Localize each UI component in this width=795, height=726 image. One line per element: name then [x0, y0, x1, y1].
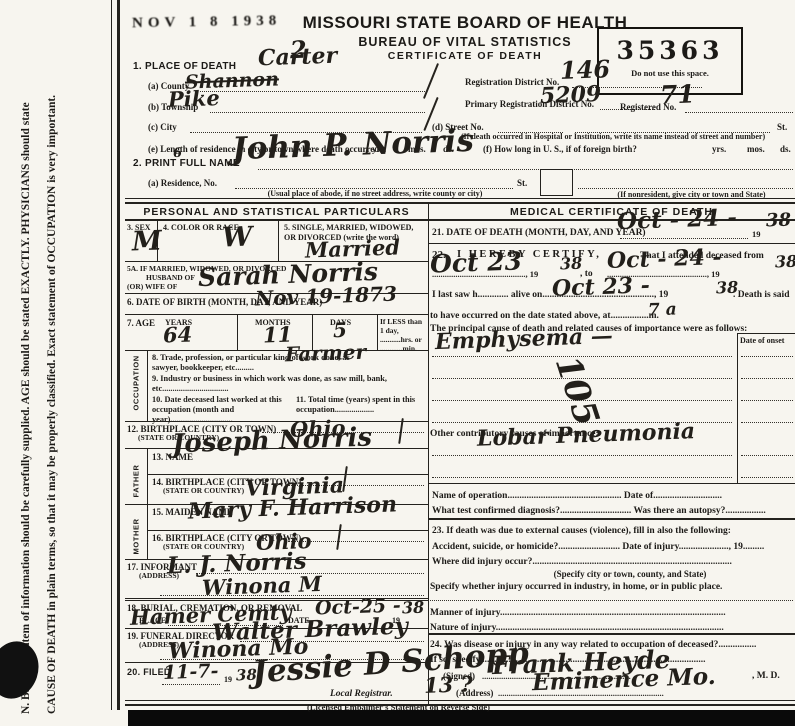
margin-note-line2: CAUSE OF DEATH in plain terms, so that i… — [46, 95, 58, 714]
dob-value: Nov 19-1873 — [255, 284, 398, 309]
address-label: (Address) — [456, 688, 493, 699]
rule-cause-end — [428, 483, 795, 484]
residence-checkbox — [540, 169, 573, 196]
scan-bottom-bar — [128, 710, 795, 726]
age-div-3 — [377, 314, 378, 350]
hour-value: 7 a — [648, 302, 677, 320]
physician-address-value: Eminence Mo. — [532, 665, 716, 694]
medical-header: MEDICAL CERTIFICATE OF DEATH — [428, 206, 795, 218]
personal-header: PERSONAL AND STATISTICAL PARTICULARS — [125, 206, 428, 218]
test-autopsy-line: What test confirmed diagnosis?..........… — [432, 506, 766, 517]
occ9-label: 9. Industry or business in which work wa… — [152, 374, 424, 394]
rule-21 — [428, 243, 795, 244]
cause-value: Emphysema — — [435, 325, 613, 353]
foreign-yrs-label: yrs. — [712, 144, 726, 155]
filed-date-line — [162, 683, 220, 685]
age-years-value: 64 — [163, 323, 193, 345]
county-corrected-value: Carter — [258, 45, 338, 70]
occurred-label: to have occurred on the date stated abov… — [430, 311, 659, 322]
registered-no-value: 71 — [660, 81, 696, 107]
certify-to-year: 38 — [775, 254, 795, 271]
scan-ink-blob — [0, 635, 46, 705]
onset-line-5 — [741, 454, 793, 456]
city-label: (c) City — [148, 122, 177, 133]
accident-line: Accident, suicide, or homicide?.........… — [432, 542, 764, 553]
full-name-line — [258, 168, 793, 170]
onset-divider — [737, 333, 738, 483]
father-divider — [147, 448, 148, 504]
occupation-divider — [147, 350, 148, 421]
foreign-ds-label: ds. — [780, 144, 791, 155]
occupation-vertical-label: OCCUPATION — [132, 363, 141, 411]
local-registrar-label: Local Registrar. — [330, 689, 393, 699]
father-vertical-label: FATHER — [132, 458, 141, 498]
onset-top-rule — [737, 333, 795, 334]
township-line — [210, 111, 425, 113]
manner-injury-line: Manner of injury........................… — [430, 608, 726, 619]
left-border-outer — [111, 0, 112, 710]
filed-date-value: 11-7- — [163, 662, 219, 683]
age-days-value: 5 — [333, 320, 348, 340]
date-of-death-label: 21. DATE OF DEATH (MONTH, DAY, AND YEAR) — [432, 228, 646, 239]
residence-no-label: (a) Residence, No. — [148, 178, 217, 189]
race-marital-divider — [278, 219, 279, 261]
rule-6 — [125, 314, 428, 315]
rule-top-1 — [125, 198, 795, 199]
age-div-1 — [237, 314, 238, 350]
pen-tick-16 — [336, 524, 342, 550]
left-border-inner — [117, 0, 120, 710]
where-injury-line: Where did injury occur?.................… — [432, 557, 732, 568]
embalmer-note: (Licensed Embalmer's Statement on Revers… — [307, 702, 490, 712]
injury-blank-line — [430, 599, 793, 601]
occ11-label: 11. Total time (years) spent in this occ… — [296, 395, 424, 415]
residence-st-suffix: St. — [517, 178, 527, 189]
date-of-death-value: Oct - 24 - — [617, 206, 738, 233]
onset-line-6 — [741, 476, 793, 478]
cause-pen-scrawl: 105 — [550, 352, 604, 430]
primary-district-value: 5209 — [540, 83, 602, 107]
mother-vertical-label: MOTHER — [132, 511, 141, 555]
full-name-value: John P. Norris — [232, 126, 475, 165]
registration-district-value: 146 — [560, 57, 611, 83]
hospital-note: (If death occurred in Hospital or Instit… — [432, 132, 794, 142]
occ8-value: Farmer — [285, 342, 367, 365]
onset-line-1 — [741, 355, 793, 357]
last-saw-value: Oct 23 - — [552, 274, 651, 299]
registered-no-line — [685, 111, 793, 113]
contributory-line-2 — [432, 476, 732, 478]
death-said-label: . Death is said — [733, 290, 789, 301]
rule-7 — [125, 350, 428, 351]
rule-top-2 — [125, 202, 795, 204]
md-label: , M. D. — [752, 671, 780, 682]
pen-tick-14 — [342, 466, 348, 492]
spouse-label-2: HUSBAND OF — [146, 273, 195, 282]
do-not-use-note: Do not use this space. — [599, 68, 741, 78]
father-name-value: Joseph Norris — [172, 425, 373, 458]
personal-header-rule — [125, 219, 428, 221]
medical-header-rule — [428, 219, 795, 221]
township-value: Pike — [168, 87, 220, 110]
contributory-value: Lobar Pneumonia — [477, 420, 696, 450]
onset-line-2 — [741, 377, 793, 379]
rule-occ — [125, 421, 428, 422]
specify-where-line: Specify whether injury occurred in indus… — [430, 582, 722, 593]
age-label: 7. AGE — [127, 318, 155, 329]
external-causes-label: 23. If death was due to external causes … — [432, 526, 731, 537]
informant-address-value: Winona M — [202, 573, 323, 598]
margin-note-line1: N. B.—Every item of information should b… — [20, 102, 32, 714]
death-certificate-page: N. B.—Every item of information should b… — [0, 0, 795, 726]
foreign-mos-label: mos. — [747, 144, 765, 155]
certify-from-dots: ........................................… — [432, 269, 538, 279]
rule-autopsy — [428, 518, 795, 520]
foreign-birth-label: (f) How long in U. S., if of foreign bir… — [483, 144, 637, 155]
spouse-label-3: (OR) WIFE OF — [127, 282, 177, 291]
mother-divider — [147, 504, 148, 559]
age-less-note: If LESS than 1 day, ...........hrs. or .… — [380, 317, 426, 353]
print-full-name-label: 2. PRINT FULL NAME — [133, 158, 240, 169]
onset-label: Date of onset — [740, 336, 784, 346]
filed-19-prefix: 19 — [224, 675, 232, 685]
mother-name-value: Mary F. Harrison — [188, 493, 398, 522]
operation-line: Name of operation.......................… — [432, 491, 722, 502]
date-of-death-line — [620, 237, 748, 239]
sex-value: M — [132, 227, 163, 255]
specify-city-note: (Specify city or town, county, and State… — [470, 569, 790, 580]
father-bp-sublabel: (STATE OR COUNTRY) — [163, 486, 244, 495]
nonresident-line — [578, 187, 793, 189]
dod-19-prefix: 19 — [752, 229, 761, 239]
onset-line-4 — [741, 421, 793, 423]
onset-line-3 — [741, 399, 793, 401]
contributory-line-1 — [432, 454, 732, 456]
pen-slash-1 — [423, 63, 439, 99]
certificate-number: 35363 — [599, 36, 741, 65]
race-value: W — [222, 223, 253, 251]
dod-year-value: 38 — [766, 212, 792, 231]
rule-injury — [428, 633, 795, 635]
